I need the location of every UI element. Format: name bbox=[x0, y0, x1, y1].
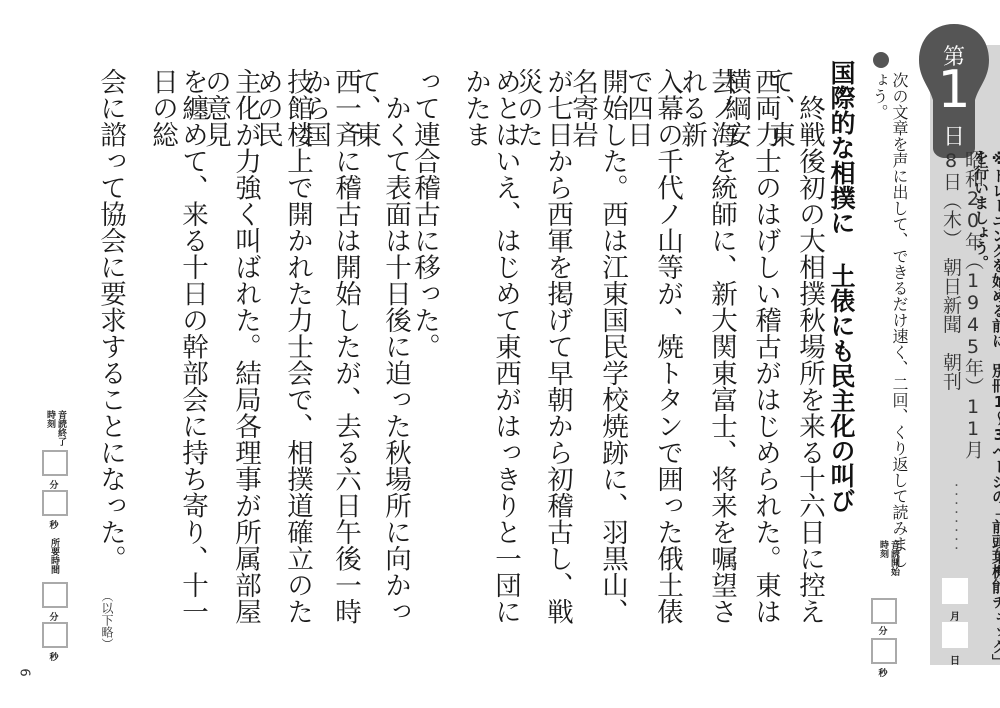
reading-start-second-box[interactable] bbox=[871, 638, 897, 664]
omission-note: （以下略） bbox=[99, 590, 116, 650]
badge-suffix: 日 bbox=[917, 120, 991, 151]
badge-day-number: 1 bbox=[917, 62, 991, 118]
bullet-icon bbox=[873, 52, 889, 68]
body-column-8: って連合稽古に移った。 bbox=[409, 68, 439, 648]
reading-start-label-line2: 時刻 bbox=[878, 540, 888, 558]
title-part-2: 土俵にも民主化の叫び bbox=[827, 263, 856, 513]
leader-dots: ・・・・・・・・ bbox=[947, 480, 962, 540]
elapsed-minute-box[interactable] bbox=[42, 582, 68, 608]
body-column-6: が七日から西軍を掲げて早朝から初稽古し、戦災のた bbox=[512, 68, 572, 648]
month-input-box[interactable] bbox=[942, 578, 968, 604]
day-badge: 第 1 日 bbox=[917, 20, 991, 160]
reading-start-minute-label: 分 bbox=[870, 624, 896, 637]
title-part-1: 国際的な相撲に bbox=[827, 60, 856, 235]
body-column-14: 会に諮って協会に要求することになった。 bbox=[95, 68, 125, 648]
day-label: 日 bbox=[942, 652, 968, 667]
body-column-12: 主化が力強く叫ばれた。結局各理事が所属部屋の意見 bbox=[200, 68, 260, 648]
day-input-box[interactable] bbox=[942, 622, 968, 648]
reading-end-second-box[interactable] bbox=[42, 490, 68, 516]
reading-start-minute-box[interactable] bbox=[871, 598, 897, 624]
page-number: 6 bbox=[17, 668, 32, 676]
body-column-13: を纏めて、来る十日の幹部会に持ち寄り、十一日の総 bbox=[147, 68, 207, 648]
body-column-4: 入幕の千代ノ山等が、焼トタンで囲った俄土俵で四日 bbox=[622, 68, 682, 648]
reading-start-label: 音読開始 時刻 bbox=[877, 540, 899, 590]
reading-start-second-label: 秒 bbox=[870, 666, 896, 679]
elapsed-second-box[interactable] bbox=[42, 622, 68, 648]
reading-end-minute-box[interactable] bbox=[42, 450, 68, 476]
month-label: 月 bbox=[942, 608, 968, 623]
instruction-text: 次の文章を声に出して、できるだけ速く、二回、くり返して読みましょう。 bbox=[869, 72, 909, 572]
body-column-5: 開始した。西は江東国民学校焼跡に、羽黒山、名寄岩 bbox=[567, 68, 627, 648]
body-column-3: 芸ノ海を統師に、新大関東富士、将来を嘱望される新 bbox=[676, 68, 736, 648]
reading-end-label-line1: 音読終了 bbox=[56, 410, 66, 446]
body-column-11: 技館楼上で開かれた力士会で、相撲道確立のための民 bbox=[252, 68, 312, 648]
body-column-7: めとはいえ、はじめて東西がはっきりと一団にかたま bbox=[460, 68, 520, 648]
article-title: 国際的な相撲に土俵にも民主化の叫び bbox=[826, 60, 856, 520]
elapsed-second-label: 秒 bbox=[41, 650, 67, 663]
reading-end-second-label: 秒 bbox=[41, 518, 67, 531]
reading-start-label-line1: 音読開始 bbox=[889, 540, 899, 576]
pre-training-note: ※トレーニングを始める前に、別冊1〜3ページの「前頭葉機能チェック」を行いましょ… bbox=[972, 150, 1000, 670]
reading-end-label-line2: 時刻 bbox=[45, 410, 55, 428]
elapsed-time-label: 所要時間 bbox=[48, 538, 59, 588]
